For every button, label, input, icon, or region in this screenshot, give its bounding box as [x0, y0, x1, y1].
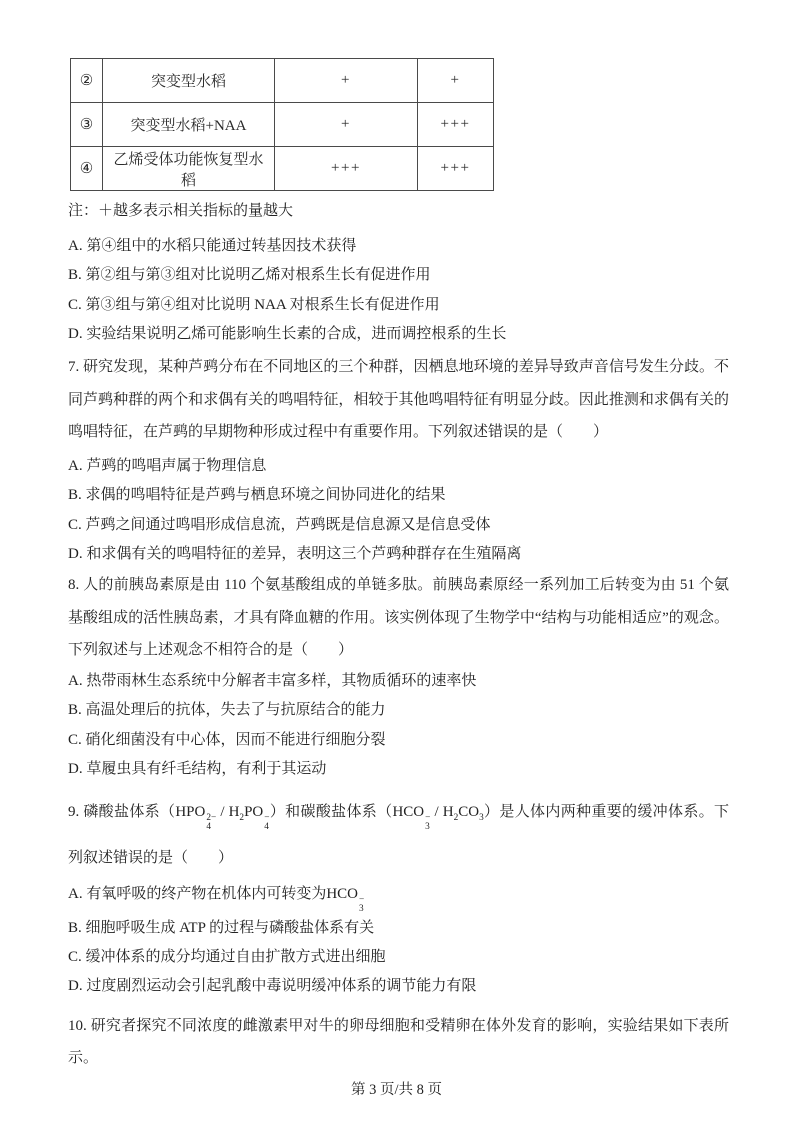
experiment-results-table: ② 突变型水稻 + + ③ 突变型水稻+NAA + +++ ④ 乙烯受体功能恢复…	[70, 58, 494, 191]
question-9-stem: 9. 磷酸盐体系（HPO2−4 / H2PO−4）和碳酸盐体系（HCO−3 / …	[68, 792, 729, 878]
value-cell: +++	[275, 147, 418, 191]
option-d: D. 实验结果说明乙烯可能影响生长素的合成，进而调控根系的生长	[68, 320, 729, 349]
question-7-options: A. 芦鹀的鸣唱声属于物理信息 B. 求偶的鸣唱特征是芦鹀与栖息环境之间协同进化…	[68, 452, 729, 569]
table-row: ③ 突变型水稻+NAA + +++	[71, 103, 494, 147]
group-cell: ③	[71, 103, 103, 147]
table-row: ④ 乙烯受体功能恢复型水稻 +++ +++	[71, 147, 494, 191]
question-6-options: A. 第④组中的水稻只能通过转基因技术获得 B. 第②组与第③组对比说明乙烯对根…	[68, 232, 729, 349]
treatment-cell: 突变型水稻+NAA	[103, 103, 275, 147]
option-c: C. 缓冲体系的成分均通过自由扩散方式进出细胞	[68, 943, 729, 972]
question-10-stem: 10. 研究者探究不同浓度的雌激素甲对牛的卵母细胞和受精卵在体外发育的影响，实验…	[68, 1010, 729, 1075]
option-d: D. 过度剧烈运动会引起乳酸中毒说明缓冲体系的调节能力有限	[68, 972, 729, 1001]
table-row: ② 突变型水稻 + +	[71, 59, 494, 103]
option-a: A. 芦鹀的鸣唱声属于物理信息	[68, 452, 729, 481]
treatment-cell: 乙烯受体功能恢复型水稻	[103, 147, 275, 191]
exam-document-page: ② 突变型水稻 + + ③ 突变型水稻+NAA + +++ ④ 乙烯受体功能恢复…	[0, 0, 793, 1122]
option-b: B. 求偶的鸣唱特征是芦鹀与栖息环境之间协同进化的结果	[68, 481, 729, 510]
option-a: A. 热带雨林生态系统中分解者丰富多样，其物质循环的速率快	[68, 667, 729, 696]
option-d: D. 和求偶有关的鸣唱特征的差异，表明这三个芦鹀种群存在生殖隔离	[68, 540, 729, 569]
value-cell: +	[418, 59, 494, 103]
option-a: A. 第④组中的水稻只能通过转基因技术获得	[68, 232, 729, 261]
value-cell: +++	[418, 103, 494, 147]
question-8-options: A. 热带雨林生态系统中分解者丰富多样，其物质循环的速率快 B. 高温处理后的抗…	[68, 667, 729, 784]
option-c: C. 硝化细菌没有中心体，因而不能进行细胞分裂	[68, 726, 729, 755]
value-cell: +	[275, 59, 418, 103]
option-b: B. 细胞呼吸生成 ATP 的过程与磷酸盐体系有关	[68, 914, 729, 943]
question-8-stem: 8. 人的前胰岛素原是由 110 个氨基酸组成的单链多肽。前胰岛素原经一系列加工…	[68, 569, 729, 667]
value-cell: +	[275, 103, 418, 147]
treatment-cell: 突变型水稻	[103, 59, 275, 103]
option-c: C. 第③组与第④组对比说明 NAA 对根系生长有促进作用	[68, 291, 729, 320]
table-note: 注：＋越多表示相关指标的量越大	[68, 201, 729, 222]
question-7-stem: 7. 研究发现，某种芦鹀分布在不同地区的三个种群，因栖息地环境的差异导致声音信号…	[68, 351, 729, 449]
group-cell: ②	[71, 59, 103, 103]
option-c: C. 芦鹀之间通过鸣唱形成信息流，芦鹀既是信息源又是信息受体	[68, 511, 729, 540]
page-number-footer: 第 3 页/共 8 页	[0, 1078, 793, 1099]
question-9-options: A. 有氧呼吸的终产物在机体内可转变为HCO−3 B. 细胞呼吸生成 ATP 的…	[68, 878, 729, 1001]
value-cell: +++	[418, 147, 494, 191]
option-d: D. 草履虫具有纤毛结构，有利于其运动	[68, 755, 729, 784]
group-cell: ④	[71, 147, 103, 191]
option-b: B. 第②组与第③组对比说明乙烯对根系生长有促进作用	[68, 261, 729, 290]
option-b: B. 高温处理后的抗体，失去了与抗原结合的能力	[68, 696, 729, 725]
option-a: A. 有氧呼吸的终产物在机体内可转变为HCO−3	[68, 878, 729, 914]
